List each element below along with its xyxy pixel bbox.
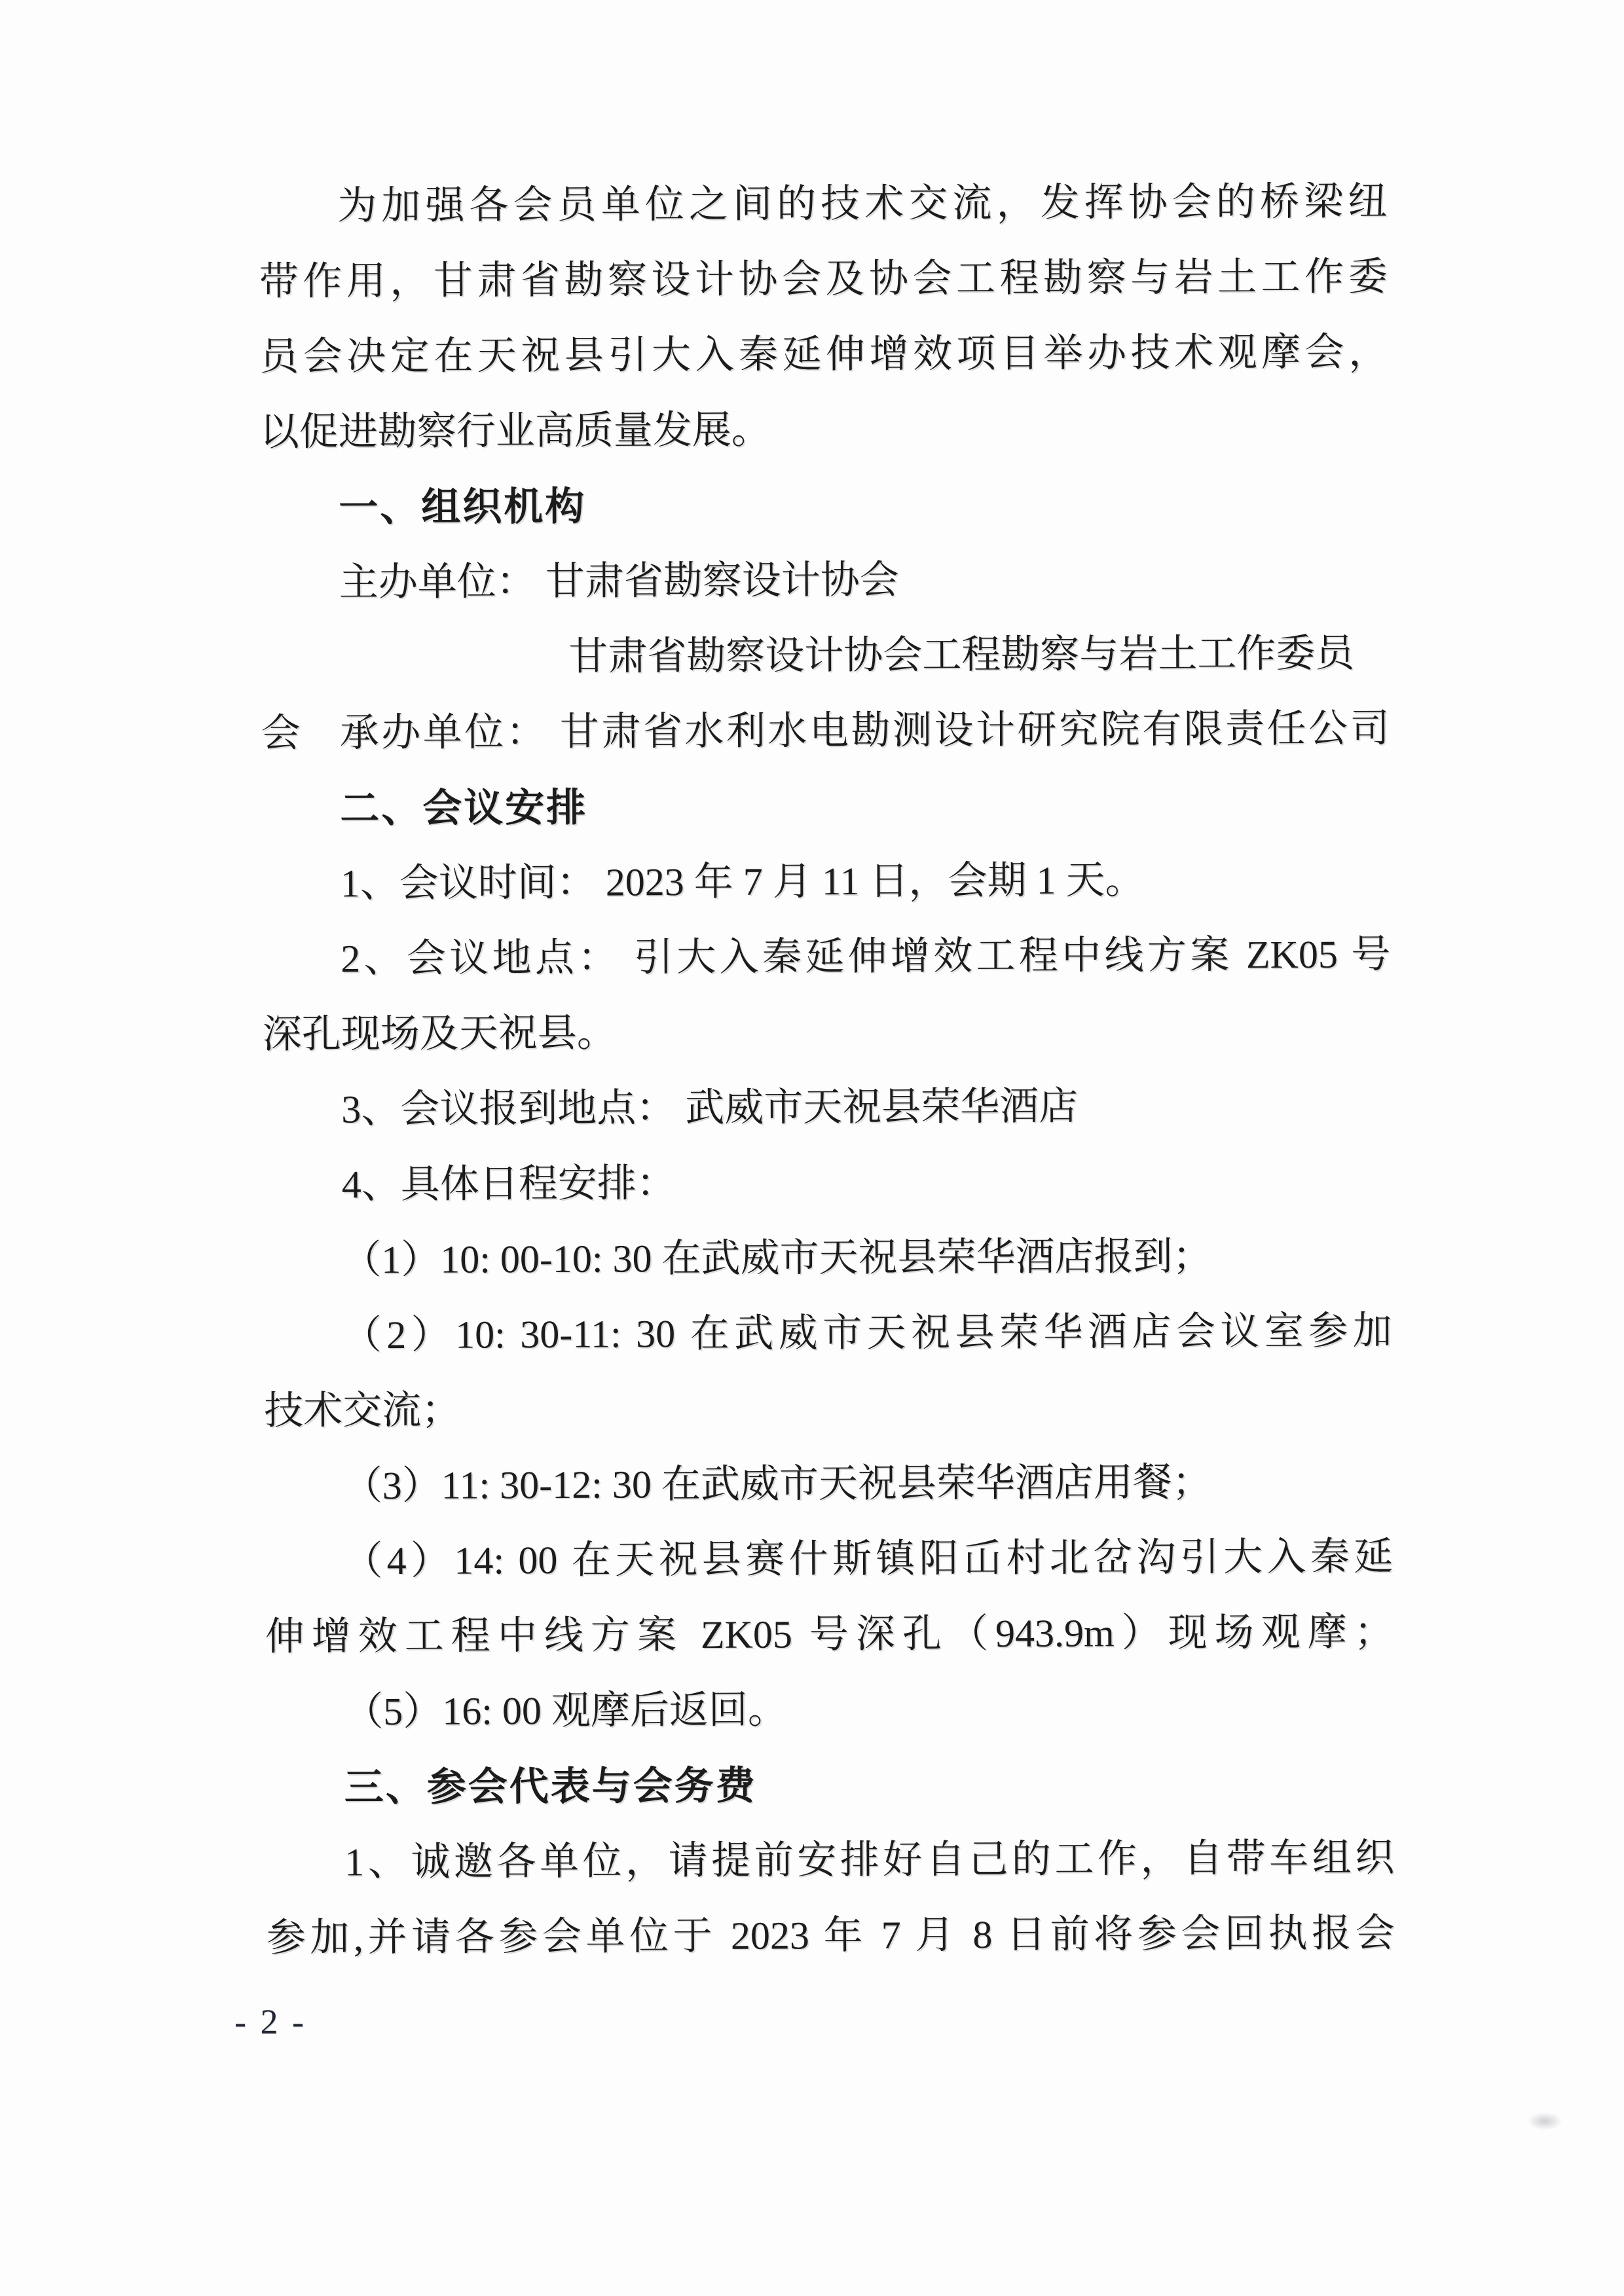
document-line: 二、会议安排 (261, 766, 1390, 847)
document-line: 2、会议地点： 引大入秦延伸增效工程中线方案 ZK05 号 (262, 917, 1390, 997)
document-line: 甘肃省勘察设计协会工程勘察与岩土工作委员会 (261, 615, 1389, 696)
document-line: （1）10: 00-10: 30 在武威市天祝县荣华酒店报到； (263, 1218, 1392, 1298)
page-number: - 2 - (234, 1995, 306, 2048)
document-line: （2）10: 30-11: 30 在武威市天祝县荣华酒店会议室参加 (264, 1293, 1392, 1374)
document-line: （5）16: 00 观摩后返回。 (265, 1669, 1393, 1750)
document-page: 为加强各会员单位之间的技术交流，发挥协会的桥梁纽带作用，甘肃省勘察设计协会及协会… (0, 0, 1624, 2296)
document-line: 4、具体日程安排： (263, 1142, 1392, 1223)
scan-smudge-artifact (1527, 2112, 1562, 2130)
document-line: 1、会议时间： 2023 年 7 月 11 日，会期 1 天。 (262, 841, 1390, 922)
document-line: 员会决定在天祝县引大入秦延伸增效项目举办技术观摩会， (259, 314, 1388, 395)
document-line: 以促进勘察行业高质量发展。 (260, 390, 1388, 470)
document-line: 承办单位： 甘肃省水利水电勘测设计研究院有限责任公司 (261, 691, 1390, 771)
document-line: 深孔现场及天祝县。 (263, 992, 1391, 1072)
document-line: （3）11: 30-12: 30 在武威市天祝县荣华酒店用餐； (265, 1444, 1393, 1524)
document-line: 参加,并请各参会单位于 2023 年 7 月 8 日前将参会回执报会 (267, 1895, 1395, 1976)
document-line: 为加强各会员单位之间的技术交流，发挥协会的桥梁纽 (259, 164, 1387, 244)
document-line: 一、组织机构 (260, 465, 1388, 545)
document-line: 1、诚邀各单位，请提前安排好自己的工作，自带车组织 (266, 1820, 1394, 1901)
document-body: 为加强各会员单位之间的技术交流，发挥协会的桥梁纽带作用，甘肃省勘察设计协会及协会… (259, 164, 1395, 1975)
document-line: 伸增效工程中线方案 ZK05 号深孔（943.9m）现场观摩； (265, 1594, 1393, 1675)
document-line: 技术交流； (264, 1368, 1392, 1449)
document-line: （4）14: 00 在天祝县赛什斯镇阳屲村北岔沟引大入秦延 (265, 1519, 1393, 1599)
document-line: 主办单位： 甘肃省勘察设计协会 (261, 540, 1389, 621)
document-line: 带作用，甘肃省勘察设计协会及协会工程勘察与岩土工作委 (259, 239, 1388, 319)
document-line: 3、会议报到地点： 武威市天祝县荣华酒店 (263, 1067, 1391, 1148)
document-line: 三、参会代表与会务费 (266, 1745, 1394, 1825)
